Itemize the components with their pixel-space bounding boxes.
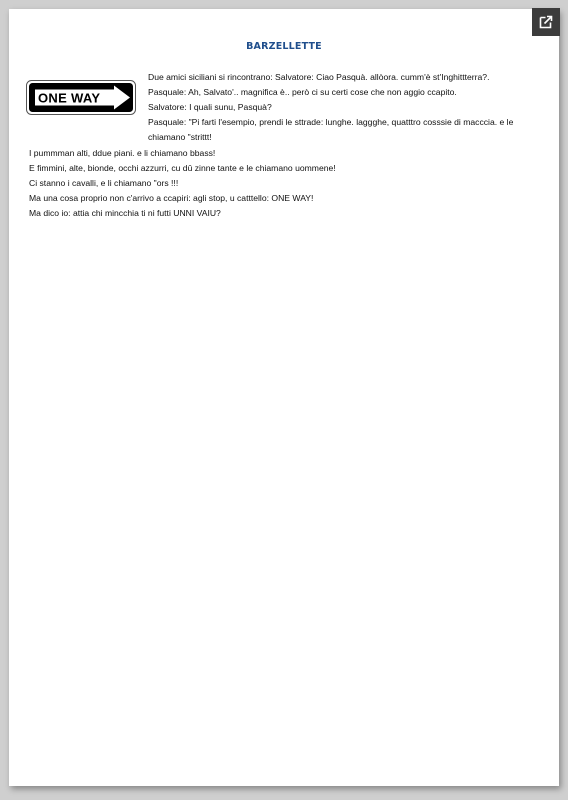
paragraph-line: Salvatore: I quali sunu, Pasquà? [148,100,513,115]
open-in-new-window-icon [538,14,554,30]
paragraph-line: I pummman alti, ddue piani. e li chiaman… [29,146,336,161]
open-in-new-window-button[interactable] [532,8,560,36]
document-title: BARZELLETTE [9,41,559,52]
document-page: BARZELLETTE ONE WAY Due amici siciliani … [9,9,559,786]
sign-text: ONE WAY [38,90,100,105]
paragraph-line: Due amici siciliani si rincontrano: Salv… [148,70,513,85]
paragraph-line: chiamano "strittt! [148,130,513,145]
paragraph-line: Ma dico io: attia chi mincchia ti ni fut… [29,206,336,221]
text-full-width: I pummman alti, ddue piani. e li chiaman… [29,146,336,221]
paragraph-line: E fimmini, alte, bionde, occhi azzurri, … [29,161,336,176]
one-way-sign-image: ONE WAY [26,80,136,115]
paragraph-line: Pasquale: "Pi farti l'esempio, prendi le… [148,115,513,130]
paragraph-line: Ci stanno i cavalli, e li chiamano "ors … [29,176,336,191]
paragraph-line: Pasquale: Ah, Salvato'.. magnifica è.. p… [148,85,513,100]
document-viewer: BARZELLETTE ONE WAY Due amici siciliani … [0,0,568,800]
text-beside-image: Due amici siciliani si rincontrano: Salv… [148,70,513,145]
paragraph-line: Ma una cosa proprio non c'arrivo a ccapi… [29,191,336,206]
